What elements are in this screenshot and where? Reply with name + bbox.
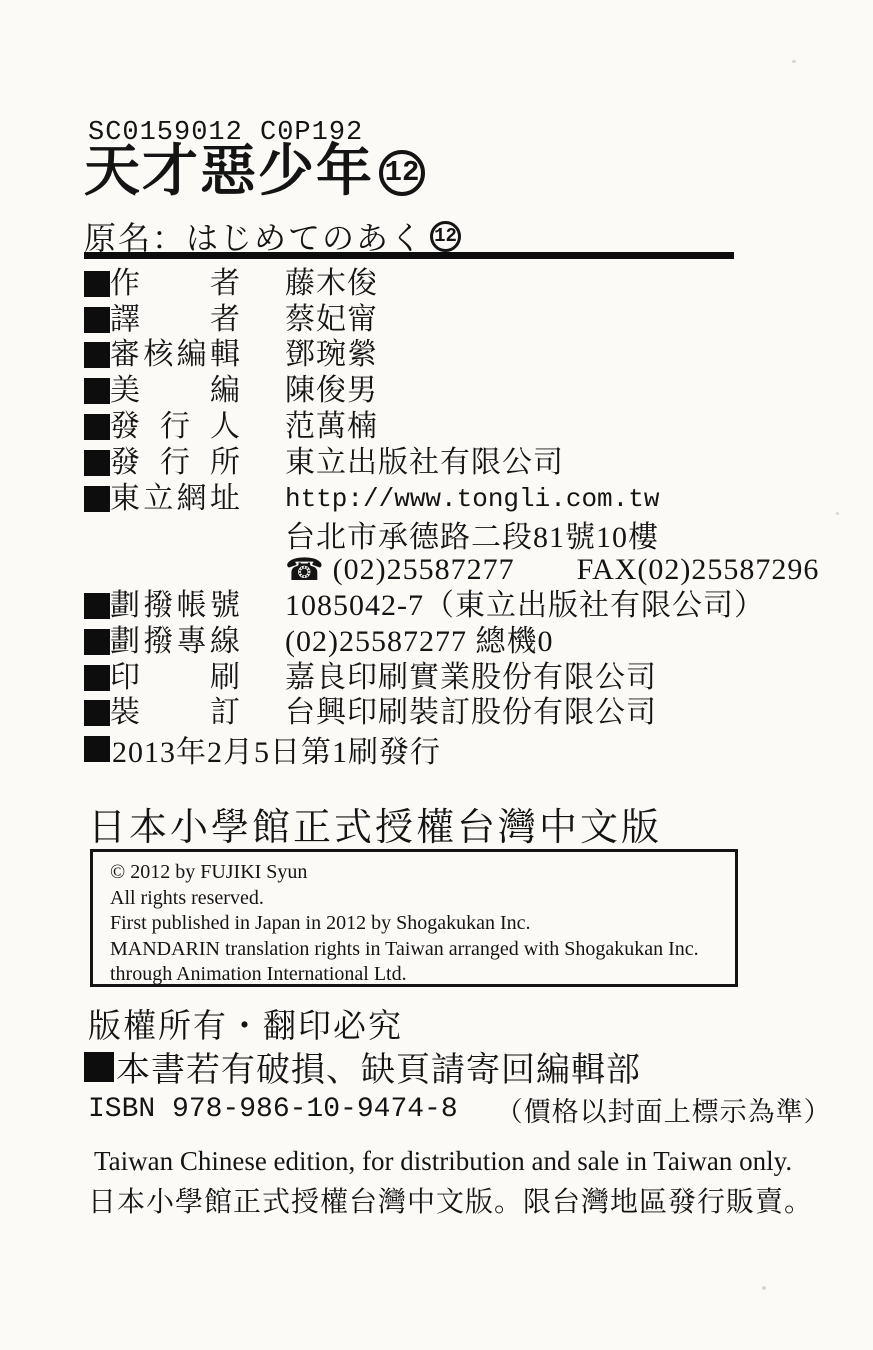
- copyright-line: through Animation International Ltd.: [110, 962, 735, 988]
- isbn-line: ISBN 978-986-10-9474-8 （價格以封面上標示為準）: [88, 1090, 832, 1129]
- credit-row-binder: 裝訂 台興印刷裝訂股份有限公司: [84, 696, 784, 732]
- credit-row-website: 東立網址 http://www.tongli.com.tw: [84, 481, 784, 517]
- license-heading: 日本小學館正式授權台灣中文版: [88, 796, 662, 851]
- distribution-notice-chinese: 日本小學館正式授權台灣中文版。限台灣地區發行販賣。: [88, 1180, 813, 1220]
- credit-label: 發行所: [110, 448, 240, 478]
- credit-value: (02)25587277 總機0: [285, 627, 553, 657]
- bullet-square-icon: [84, 665, 110, 691]
- copyright-line: First published in Japan in 2012 by Shog…: [110, 911, 735, 937]
- credit-value: 范萬楠: [285, 412, 378, 442]
- credit-row-publisher-person: 發行人 范萬楠: [84, 409, 784, 445]
- credit-value: 嘉良印刷實業股份有限公司: [285, 663, 657, 693]
- bullet-square-icon: [84, 700, 110, 726]
- fax-number: FAX(02)25587296: [577, 553, 820, 587]
- credit-row-publisher-company: 發行所 東立出版社有限公司: [84, 445, 784, 481]
- credit-row-review-editor: 審核編輯 鄧琬縈: [84, 338, 784, 374]
- credit-label: 裝訂: [110, 698, 240, 728]
- rights-notice: 版權所有・翻印必究: [88, 1000, 403, 1047]
- copyright-line: MANDARIN translation rights in Taiwan ar…: [110, 937, 735, 963]
- bullet-square-icon: [84, 414, 110, 440]
- first-print-date-text: 2013年2月5日第1刷發行: [112, 727, 441, 771]
- copyright-line: © 2012 by FUJIKI Syun: [110, 860, 735, 886]
- bullet-square-icon: [84, 342, 110, 368]
- credit-label: 譯者: [110, 305, 240, 335]
- copyright-box: © 2012 by FUJIKI Syun All rights reserve…: [90, 849, 738, 987]
- bullet-square-icon: [84, 1052, 114, 1082]
- credit-label: 發行人: [110, 412, 240, 442]
- scan-speck: [836, 512, 839, 515]
- credit-label: 作者: [110, 269, 240, 299]
- bullet-square-icon: [84, 486, 110, 512]
- phone-icon: ☎: [285, 555, 325, 586]
- return-notice: 本書若有破損、缺頁請寄回編輯部: [84, 1042, 641, 1091]
- isbn-number: ISBN 978-986-10-9474-8: [88, 1094, 458, 1125]
- first-print-date: 2013年2月5日第1刷發行: [84, 731, 784, 767]
- bullet-square-icon: [84, 378, 110, 404]
- book-title-text: 天才惡少年: [84, 142, 374, 204]
- credit-row-postal-hotline: 劃撥專線 (02)25587277 總機0: [84, 624, 784, 660]
- return-notice-text: 本書若有破損、缺頁請寄回編輯部: [116, 1042, 641, 1091]
- credit-label: 美編: [110, 376, 240, 406]
- credit-value: 1085042-7（東立出版社有限公司）: [285, 591, 765, 621]
- credit-row-postal-account: 劃撥帳號 1085042-7（東立出版社有限公司）: [84, 588, 784, 624]
- divider-rule: [84, 252, 734, 259]
- address-text: 台北市承德路二段81號10樓: [285, 512, 659, 556]
- book-title: 天才惡少年 12: [84, 142, 425, 204]
- tel-number: (02)25587277: [333, 553, 515, 587]
- credit-row-translator: 譯者 蔡妃甯: [84, 302, 784, 338]
- credit-row-printer: 印刷 嘉良印刷實業股份有限公司: [84, 660, 784, 696]
- volume-circled-number: 12: [379, 150, 425, 196]
- credit-label: 劃撥帳號: [110, 591, 240, 621]
- scan-speck: [762, 1286, 766, 1290]
- distribution-notice-english: Taiwan Chinese edition, for distribution…: [94, 1146, 792, 1177]
- bullet-square-icon: [84, 307, 110, 333]
- bullet-square-icon: [84, 593, 110, 619]
- price-note: （價格以封面上標示為準）: [496, 1090, 832, 1129]
- volume-circled-number-small: 12: [430, 221, 461, 252]
- credit-label: 印刷: [110, 663, 240, 693]
- colophon-page: SC0159012 C0P192 天才惡少年 12 原名：はじめてのあく 12 …: [0, 0, 873, 1350]
- bullet-square-icon: [84, 450, 110, 476]
- credit-label: 東立網址: [110, 484, 240, 514]
- credit-row-author: 作者 藤木俊: [84, 266, 784, 302]
- credit-label: 審核編輯: [110, 340, 240, 370]
- bullet-square-icon: [84, 736, 110, 762]
- credit-value: 東立出版社有限公司: [285, 448, 564, 478]
- credit-label: 劃撥專線: [110, 627, 240, 657]
- publisher-phone-line: ☎ (02)25587277 FAX(02)25587296: [84, 552, 784, 588]
- credits-list: 作者 藤木俊 譯者 蔡妃甯 審核編輯 鄧琬縈 美編 陳俊男 發行人 范萬楠 發行…: [84, 266, 784, 767]
- publisher-url: http://www.tongli.com.tw: [285, 486, 659, 512]
- credit-value: 陳俊男: [285, 376, 378, 406]
- credit-value: 蔡妃甯: [285, 305, 378, 335]
- credit-value: 鄧琬縈: [285, 340, 378, 370]
- copyright-line: All rights reserved.: [110, 886, 735, 912]
- bullet-square-icon: [84, 629, 110, 655]
- credit-value: 台興印刷裝訂股份有限公司: [285, 698, 657, 728]
- publisher-address: 台北市承德路二段81號10樓: [84, 517, 784, 553]
- scan-speck: [792, 60, 796, 63]
- bullet-square-icon: [84, 271, 110, 297]
- credit-row-art-editor: 美編 陳俊男: [84, 373, 784, 409]
- credit-value: 藤木俊: [285, 269, 378, 299]
